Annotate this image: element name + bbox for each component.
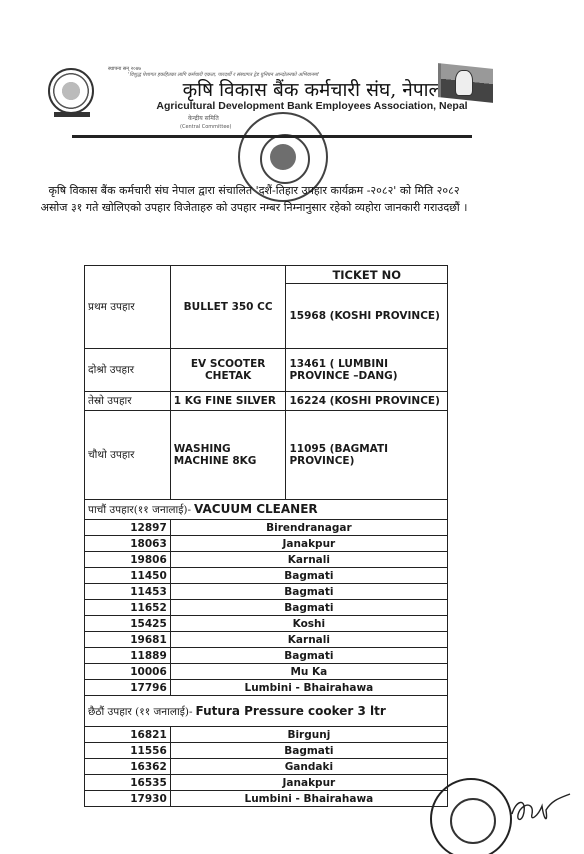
winner-location: Bagmati xyxy=(170,600,447,616)
fifth-prize-label: पाचौं उपहार(११ जनालाई)- xyxy=(88,504,191,516)
flag-emblem-icon xyxy=(455,70,473,96)
winner-ticket: 17930 xyxy=(85,791,171,807)
ticket-no-header: TICKET NO xyxy=(286,266,448,284)
winner-location: Janakpur xyxy=(170,536,447,552)
prize-rank: तेस्रो उपहार xyxy=(85,392,171,411)
org-name-english: Agricultural Development Bank Employees … xyxy=(0,100,584,112)
prize-item: WASHING MACHINE 8KG xyxy=(170,411,286,500)
winner-location: Bagmati xyxy=(170,584,447,600)
document-page: स्थापना सन् २०४७ 'विशुद्ध पेशागत हकहितका… xyxy=(0,0,584,854)
table-row: 17930Lumbini - Bhairahawa xyxy=(85,791,448,807)
prize-ticket: 11095 (BAGMATI PROVINCE) xyxy=(286,411,448,500)
office-english: (Central Committee) xyxy=(180,124,231,130)
prize-rank: प्रथम उपहार xyxy=(85,266,171,349)
winner-location: Gandaki xyxy=(170,759,447,775)
table-row: 16821Birgunj xyxy=(85,727,448,743)
winner-ticket: 12897 xyxy=(85,520,171,536)
table-row: 11652Bagmati xyxy=(85,600,448,616)
winner-location: Janakpur xyxy=(170,775,447,791)
office-nepali: केन्द्रीय समिति xyxy=(188,114,219,122)
winner-location: Mu Ka xyxy=(170,664,447,680)
winner-location: Koshi xyxy=(170,616,447,632)
prize-item: BULLET 350 CC xyxy=(170,266,286,349)
table-row: 11450Bagmati xyxy=(85,568,448,584)
table-row: 19806Karnali xyxy=(85,552,448,568)
prize-item: 1 KG FINE SILVER xyxy=(170,392,286,411)
org-name-nepali: कृषि विकास बैंक कर्मचारी संघ, नेपाल xyxy=(0,76,584,102)
winner-ticket: 11453 xyxy=(85,584,171,600)
winner-location: Birgunj xyxy=(170,727,447,743)
emblem-caption xyxy=(54,112,90,117)
sixth-prize-heading-row: छैठौं उपहार (११ जनालाई)-Futura Pressure … xyxy=(85,696,448,727)
fifth-prize-heading: पाचौं उपहार(११ जनालाई)-VACUUM CLEANER xyxy=(85,500,448,520)
winner-ticket: 17796 xyxy=(85,680,171,696)
winner-location: Birendranagar xyxy=(170,520,447,536)
prize-item: EV SCOOTER CHETAK xyxy=(170,349,286,392)
winner-ticket: 16362 xyxy=(85,759,171,775)
table-row: 11556Bagmati xyxy=(85,743,448,759)
table-row: चौथो उपहारWASHING MACHINE 8KG11095 (BAGM… xyxy=(85,411,448,500)
table-row: 11453Bagmati xyxy=(85,584,448,600)
winner-ticket: 11450 xyxy=(85,568,171,584)
table-row: 17796Lumbini - Bhairahawa xyxy=(85,680,448,696)
winner-location: Karnali xyxy=(170,552,447,568)
notice-paragraph: कृषि विकास बैंक कर्मचारी संघ नेपाल द्वार… xyxy=(34,182,474,216)
winner-location: Bagmati xyxy=(170,743,447,759)
winner-location: Lumbini - Bhairahawa xyxy=(170,791,447,807)
sixth-prize-label: छैठौं उपहार (११ जनालाई)- xyxy=(88,706,193,718)
prize-ticket: 16224 (KOSHI PROVINCE) xyxy=(286,392,448,411)
table-row: 12897Birendranagar xyxy=(85,520,448,536)
table-row: 19681Karnali xyxy=(85,632,448,648)
signature-icon xyxy=(508,790,574,830)
prize-winners-table: प्रथम उपहारBULLET 350 CCTICKET NO15968 (… xyxy=(84,265,448,807)
winner-ticket: 18063 xyxy=(85,536,171,552)
winner-ticket: 19806 xyxy=(85,552,171,568)
table-row: 10006Mu Ka xyxy=(85,664,448,680)
prize-ticket: 13461 ( LUMBINI PROVINCE –DANG) xyxy=(286,349,448,392)
seal-stamp-bottom-icon xyxy=(430,778,512,854)
winner-ticket: 19681 xyxy=(85,632,171,648)
winner-ticket: 16821 xyxy=(85,727,171,743)
winner-ticket: 15425 xyxy=(85,616,171,632)
winner-ticket: 11889 xyxy=(85,648,171,664)
table-row: 16362Gandaki xyxy=(85,759,448,775)
table-row: तेस्रो उपहार1 KG FINE SILVER16224 (KOSHI… xyxy=(85,392,448,411)
winner-ticket: 11556 xyxy=(85,743,171,759)
table-row: 15425Koshi xyxy=(85,616,448,632)
winner-location: Bagmati xyxy=(170,648,447,664)
winner-ticket: 16535 xyxy=(85,775,171,791)
winner-ticket: 11652 xyxy=(85,600,171,616)
winner-location: Lumbini - Bhairahawa xyxy=(170,680,447,696)
table-row: 16535Janakpur xyxy=(85,775,448,791)
table-row: 11889Bagmati xyxy=(85,648,448,664)
sixth-prize-item: Futura Pressure cooker 3 ltr xyxy=(196,704,386,718)
fifth-prize-item: VACUUM CLEANER xyxy=(194,502,318,516)
table-header-row: प्रथम उपहारBULLET 350 CCTICKET NO xyxy=(85,266,448,284)
winner-ticket: 10006 xyxy=(85,664,171,680)
sixth-prize-heading: छैठौं उपहार (११ जनालाई)-Futura Pressure … xyxy=(85,696,448,727)
winner-location: Bagmati xyxy=(170,568,447,584)
table-row: 18063Janakpur xyxy=(85,536,448,552)
winner-location: Karnali xyxy=(170,632,447,648)
fifth-prize-heading-row: पाचौं उपहार(११ जनालाई)-VACUUM CLEANER xyxy=(85,500,448,520)
prize-rank: चौथो उपहार xyxy=(85,411,171,500)
prize-ticket: 15968 (KOSHI PROVINCE) xyxy=(286,284,448,349)
prize-rank: दोश्रो उपहार xyxy=(85,349,171,392)
table-row: दोश्रो उपहारEV SCOOTER CHETAK13461 ( LUM… xyxy=(85,349,448,392)
